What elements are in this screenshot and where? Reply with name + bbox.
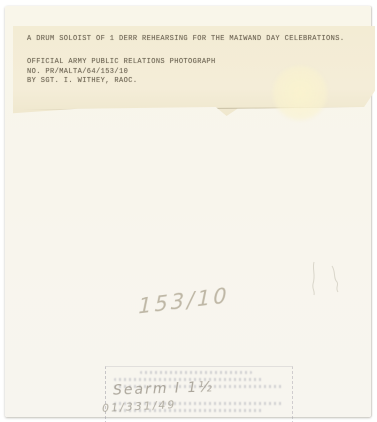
credit-line-1: OFFICIAL ARMY PUBLIC RELATIONS PHOTOGRAP… [27,58,216,68]
handwritten-negative-number: 153/10 [138,283,230,318]
credit-line-3: BY SGT. I. WITHEY, RAOC. [27,77,216,87]
caption-text: A DRUM SOLOIST OF 1 DERR REHEARSING FOR … [27,35,344,43]
embossed-watermark-circle [271,64,329,122]
credit-line-2: NO. PR/MALTA/64/153/10 [27,68,216,78]
credit-block: OFFICIAL ARMY PUBLIC RELATIONS PHOTOGRAP… [27,58,216,87]
pencil-scribble-marks [308,258,344,300]
stamp-faint-text-row [140,371,252,374]
photo-back-card: A DRUM SOLOIST OF 1 DERR REHEARSING FOR … [5,6,371,417]
scanned-photo-verso: A DRUM SOLOIST OF 1 DERR REHEARSING FOR … [0,0,377,422]
